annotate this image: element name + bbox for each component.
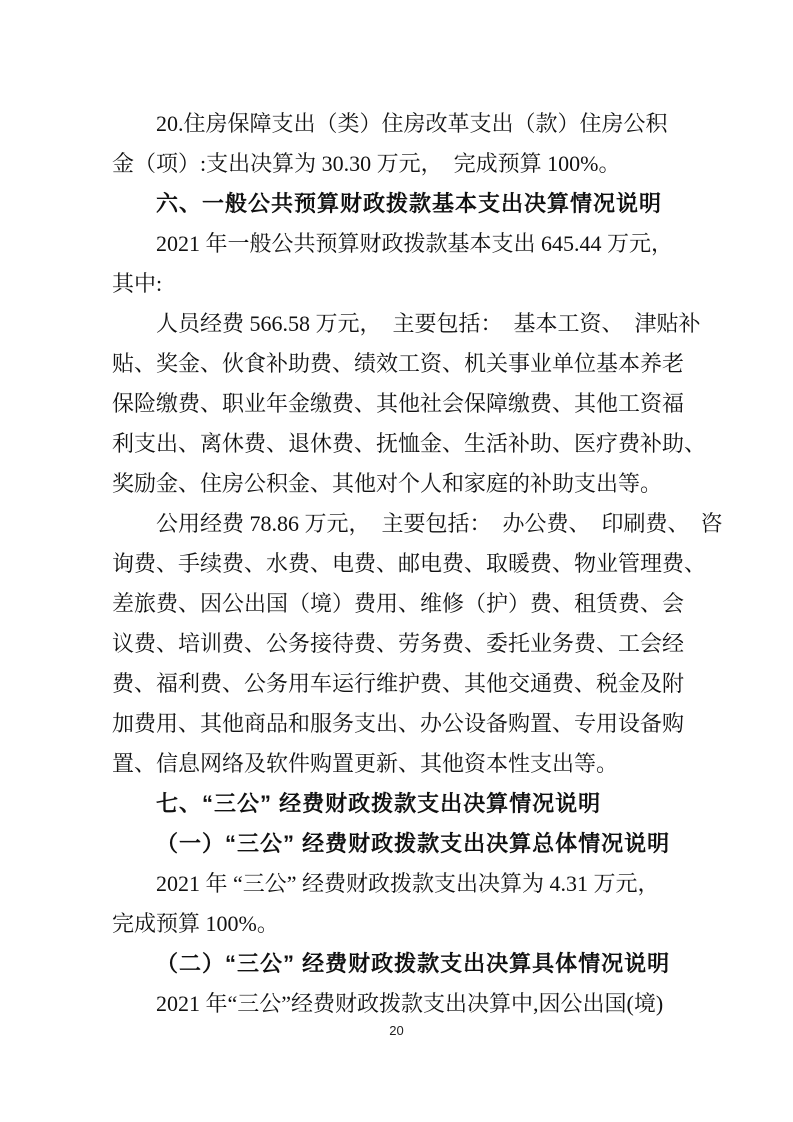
doc-line: 利支出、离休费、退休费、抚恤金、生活补助、医疗费补助、: [112, 424, 682, 464]
doc-line: 2021 年“三公”经费财政拨款支出决算中,因公出国(境): [112, 984, 682, 1024]
doc-line: 人员经费 566.58 万元， 主要包括： 基本工资、 津贴补: [112, 304, 682, 344]
doc-line: 其中:: [112, 264, 682, 304]
doc-line: 加费用、其他商品和服务支出、办公设备购置、专用设备购: [112, 704, 682, 744]
doc-line: 奖励金、住房公积金、其他对个人和家庭的补助支出等。: [112, 464, 682, 504]
doc-line: 公用经费 78.86 万元， 主要包括： 办公费、 印刷费、 咨: [112, 504, 682, 544]
doc-line: 完成预算 100%。: [112, 904, 682, 944]
document-body: 20.住房保障支出（类）住房改革支出（款）住房公积 金（项）:支出决算为 30.…: [112, 104, 682, 1024]
section-heading-6: 六、一般公共预算财政拨款基本支出决算情况说明: [112, 184, 682, 224]
doc-line: 金（项）:支出决算为 30.30 万元， 完成预算 100%。: [112, 144, 682, 184]
document-page: 20.住房保障支出（类）住房改革支出（款）住房公积 金（项）:支出决算为 30.…: [0, 0, 793, 1122]
doc-line: 费、福利费、公务用车运行维护费、其他交通费、税金及附: [112, 664, 682, 704]
doc-line: 差旅费、因公出国（境）费用、维修（护）费、租赁费、会: [112, 584, 682, 624]
doc-line: 询费、手续费、水费、电费、邮电费、取暖费、物业管理费、: [112, 544, 682, 584]
doc-line: 2021 年一般公共预算财政拨款基本支出 645.44 万元，: [112, 224, 682, 264]
doc-line: 置、信息网络及软件购置更新、其他资本性支出等。: [112, 744, 682, 784]
subsection-heading-7-2: （二）“三公” 经费财政拨款支出决算具体情况说明: [112, 944, 682, 984]
doc-line: 贴、奖金、伙食补助费、绩效工资、机关事业单位基本养老: [112, 344, 682, 384]
doc-line: 议费、培训费、公务接待费、劳务费、委托业务费、工会经: [112, 624, 682, 664]
doc-line: 20.住房保障支出（类）住房改革支出（款）住房公积: [112, 104, 682, 144]
section-heading-7: 七、“三公” 经费财政拨款支出决算情况说明: [112, 784, 682, 824]
doc-line: 2021 年 “三公” 经费财政拨款支出决算为 4.31 万元，: [112, 864, 682, 904]
page-number: 20: [0, 1021, 793, 1041]
subsection-heading-7-1: （一）“三公” 经费财政拨款支出决算总体情况说明: [112, 824, 682, 864]
doc-line: 保险缴费、职业年金缴费、其他社会保障缴费、其他工资福: [112, 384, 682, 424]
